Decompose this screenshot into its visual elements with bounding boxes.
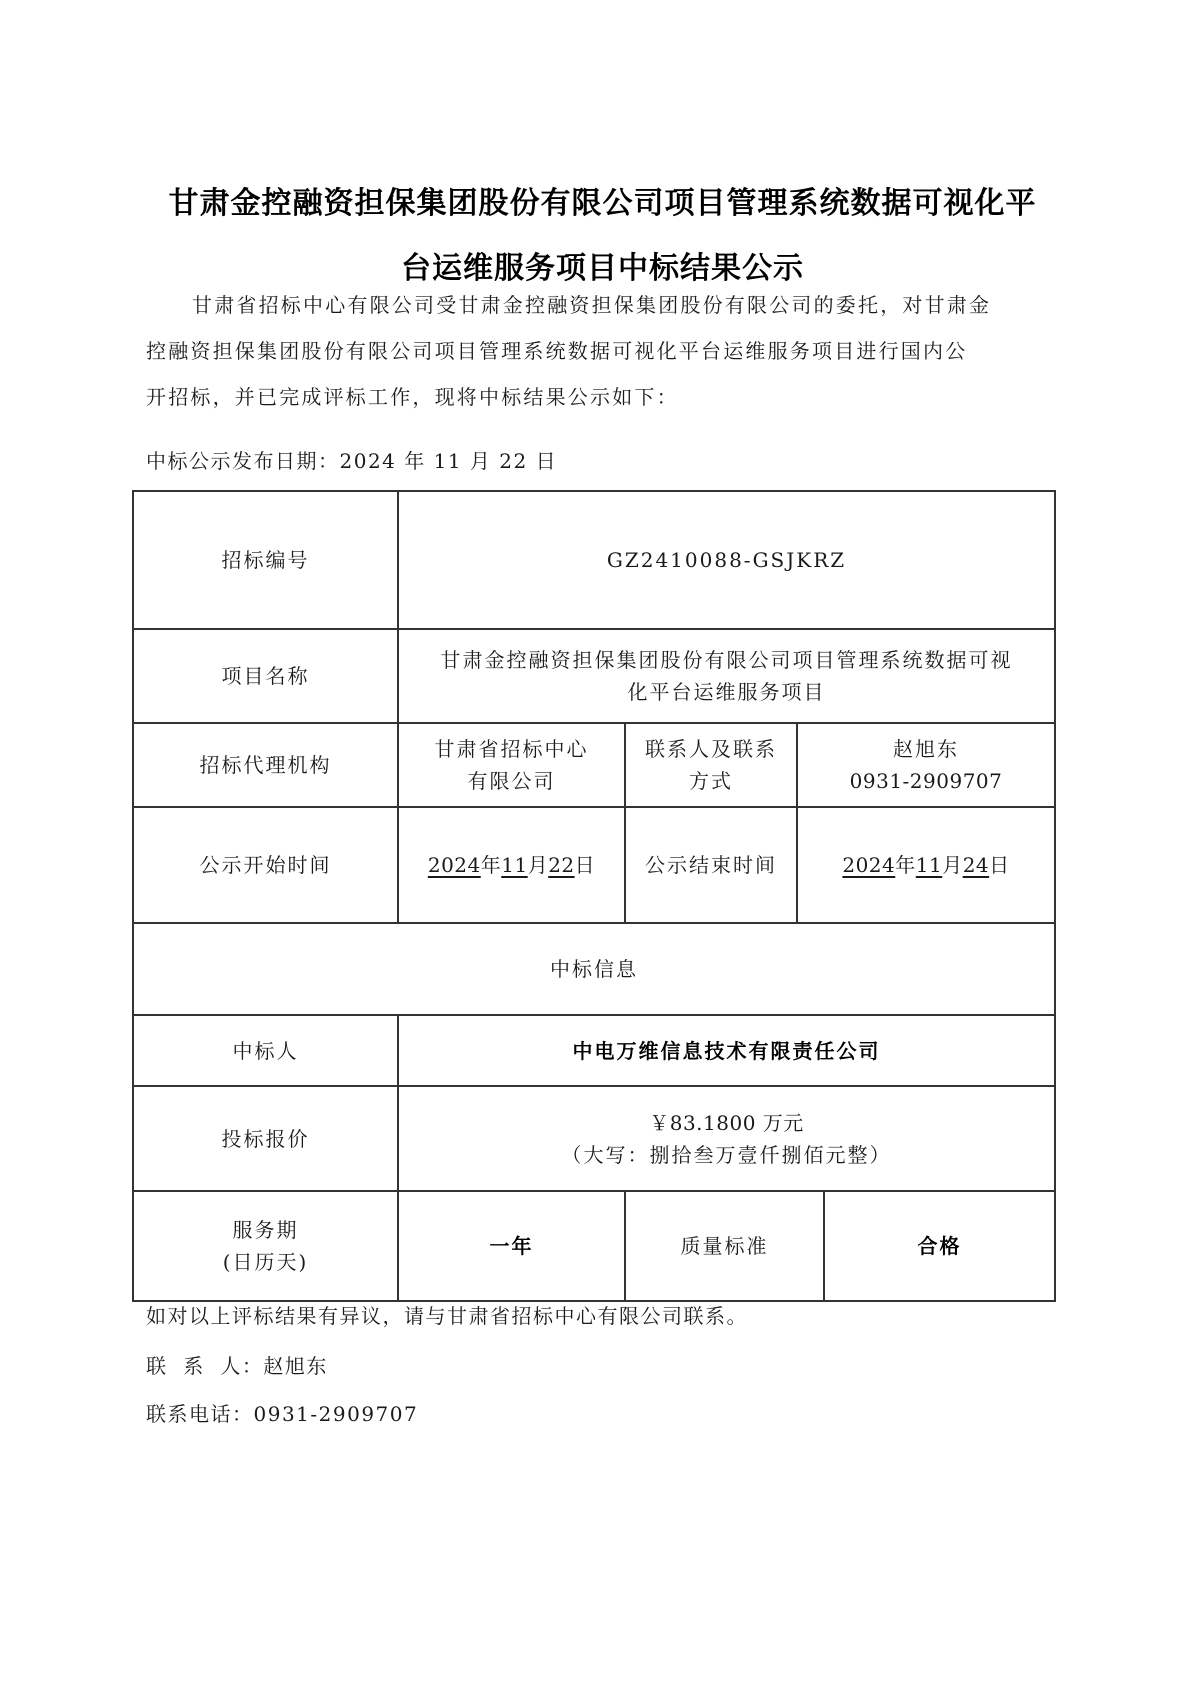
bid-price-label: 投标报价 (133, 1086, 398, 1191)
award-section-header: 中标信息 (133, 923, 1055, 1015)
intro-line-2: 控融资担保集团股份有限公司项目管理系统数据可视化平台运维服务项目进行国内公 (146, 328, 1066, 374)
row-tender-no: 招标编号 GZ2410088-GSJKRZ (133, 491, 1055, 629)
project-name-value: 甘肃金控融资担保集团股份有限公司项目管理系统数据可视 化平台运维服务项目 (398, 629, 1055, 723)
project-name-label: 项目名称 (133, 629, 398, 723)
winner-label: 中标人 (133, 1015, 398, 1086)
bid-price-value: ￥83.1800 万元 （大写：捌拾叁万壹仟捌佰元整） (398, 1086, 1055, 1191)
start-time-label: 公示开始时间 (133, 807, 398, 923)
row-agency: 招标代理机构 甘肃省招标中心 有限公司 联系人及联系 方式 赵旭东 0931-2… (133, 723, 1055, 807)
intro-line-3: 开招标，并已完成评标工作，现将中标结果公示如下： (146, 374, 1066, 420)
row-project-name: 项目名称 甘肃金控融资担保集团股份有限公司项目管理系统数据可视 化平台运维服务项… (133, 629, 1055, 723)
agency-value: 甘肃省招标中心 有限公司 (398, 723, 625, 807)
award-info-table: 招标编号 GZ2410088-GSJKRZ 项目名称 甘肃金控融资担保集团股份有… (132, 490, 1056, 1302)
agency-label: 招标代理机构 (133, 723, 398, 807)
contact-name: 赵旭东 (804, 733, 1048, 765)
publish-date: 中标公示发布日期：2024 年 11 月 22 日 (146, 445, 557, 474)
quality-label: 质量标准 (625, 1191, 824, 1301)
intro-paragraph: 甘肃省招标中心有限公司受甘肃金控融资担保集团股份有限公司的委托，对甘肃金 控融资… (146, 282, 1066, 420)
objection-note: 如对以上评标结果有异议，请与甘肃省招标中心有限公司联系。 (146, 1300, 748, 1329)
footer-contact-person: 联 系 人：赵旭东 (146, 1350, 328, 1379)
footer-contact-phone: 联系电话：0931-2909707 (146, 1398, 418, 1427)
end-time-label: 公示结束时间 (625, 807, 797, 923)
intro-line-1: 甘肃省招标中心有限公司受甘肃金控融资担保集团股份有限公司的委托，对甘肃金 (146, 282, 1066, 328)
winner-value: 中电万维信息技术有限责任公司 (398, 1015, 1055, 1086)
tender-no-label: 招标编号 (133, 491, 398, 629)
row-service-quality: 服务期 (日历天) 一年 质量标准 合格 (133, 1191, 1055, 1301)
bid-price-amount: ￥83.1800 万元 (405, 1107, 1048, 1139)
service-period-value: 一年 (398, 1191, 625, 1301)
contact-phone: 0931-2909707 (804, 765, 1048, 797)
row-bid-price: 投标报价 ￥83.1800 万元 （大写：捌拾叁万壹仟捌佰元整） (133, 1086, 1055, 1191)
contact-value: 赵旭东 0931-2909707 (797, 723, 1055, 807)
contact-label: 联系人及联系 方式 (625, 723, 797, 807)
row-award-section: 中标信息 (133, 923, 1055, 1015)
bid-price-words: （大写：捌拾叁万壹仟捌佰元整） (405, 1139, 1048, 1171)
tender-no-value: GZ2410088-GSJKRZ (398, 491, 1055, 629)
start-time-value: 2024年11月22日 (398, 807, 625, 923)
row-publicity-period: 公示开始时间 2024年11月22日 公示结束时间 2024年11月24日 (133, 807, 1055, 923)
document-title-line-2: 台运维服务项目中标结果公示 (130, 243, 1075, 287)
document-title-line-1: 甘肃金控融资担保集团股份有限公司项目管理系统数据可视化平 (130, 178, 1075, 222)
quality-value: 合格 (824, 1191, 1055, 1301)
service-period-label: 服务期 (日历天) (133, 1191, 398, 1301)
end-time-value: 2024年11月24日 (797, 807, 1055, 923)
row-winner: 中标人 中电万维信息技术有限责任公司 (133, 1015, 1055, 1086)
